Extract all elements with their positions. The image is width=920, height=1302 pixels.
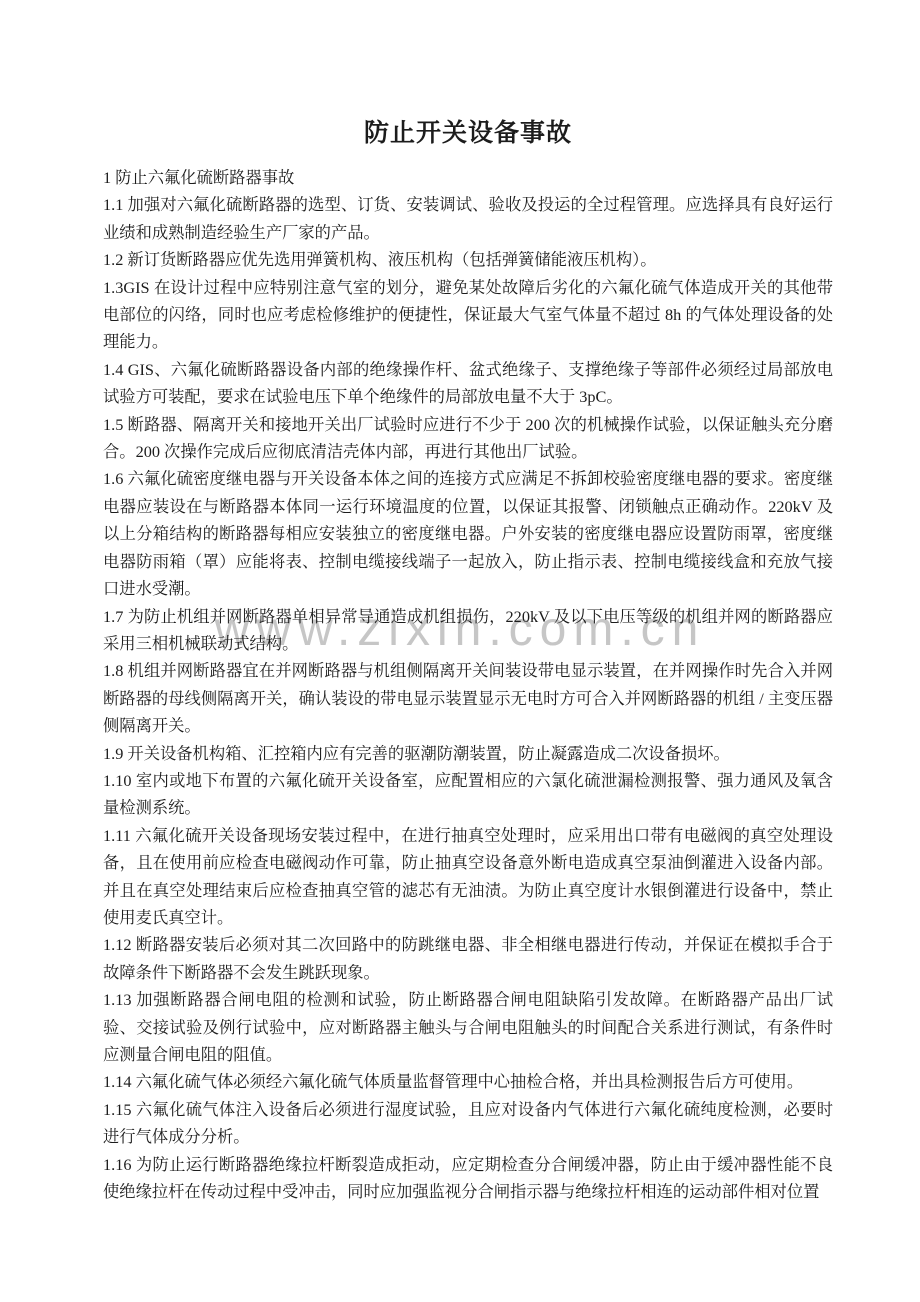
paragraph: 1.4 GIS、六氟化硫断路器设备内部的绝缘操作杆、盆式绝缘子、支撑绝缘子等部件… [103, 356, 833, 411]
paragraph: 1.2 新订货断路器应优先选用弹簧机构、液压机构（包括弹簧储能液压机构）。 [103, 246, 833, 273]
document-page: 防止开关设备事故 1 防止六氟化硫断路器事故 1.1 加强对六氟化硫断路器的选型… [103, 0, 833, 1205]
paragraph: 1.16 为防止运行断路器绝缘拉杆断裂造成拒动，应定期检查分合闸缓冲器，防止由于… [103, 1151, 833, 1206]
paragraph: 1.7 为防止机组并网断路器单相异常导通造成机组损伤，220kV 及以下电压等级… [103, 603, 833, 658]
paragraph: 1.3GIS 在设计过程中应特别注意气室的划分，避免某处故障后劣化的六氟化硫气体… [103, 274, 833, 356]
document-title: 防止开关设备事故 [103, 118, 833, 150]
paragraph: 1.9 开关设备机构箱、汇控箱内应有完善的驱潮防潮装置，防止凝露造成二次设备损坏… [103, 740, 833, 767]
paragraph: 1.11 六氟化硫开关设备现场安装过程中，在进行抽真空处理时，应采用出口带有电磁… [103, 822, 833, 932]
paragraph: 1.12 断路器安装后必须对其二次回路中的防跳继电器、非全相继电器进行传动，并保… [103, 931, 833, 986]
document-body: 1 防止六氟化硫断路器事故 1.1 加强对六氟化硫断路器的选型、订货、安装调试、… [103, 164, 833, 1205]
paragraph: 1.14 六氟化硫气体必须经六氟化硫气体质量监督管理中心抽检合格，并出具检测报告… [103, 1068, 833, 1095]
paragraph: 1.6 六氟化硫密度继电器与开关设备本体之间的连接方式应满足不拆卸校验密度继电器… [103, 465, 833, 602]
paragraph: 1.10 室内或地下布置的六氟化硫开关设备室，应配置相应的六氯化硫泄漏检测报警、… [103, 767, 833, 822]
paragraph: 1.8 机组并网断路器宜在并网断路器与机组侧隔离开关间装设带电显示装置，在并网操… [103, 657, 833, 739]
section-heading: 1 防止六氟化硫断路器事故 [103, 164, 833, 191]
paragraph: 1.5 断路器、隔离开关和接地开关出厂试验时应进行不少于 200 次的机械操作试… [103, 411, 833, 466]
paragraph: 1.13 加强断路器合闸电阻的检测和试验，防止断路器合闸电阻缺陷引发故障。在断路… [103, 986, 833, 1068]
paragraph: 1.15 六氟化硫气体注入设备后必须进行湿度试验，且应对设备内气体进行六氟化硫纯… [103, 1096, 833, 1151]
paragraph: 1.1 加强对六氟化硫断路器的选型、订货、安装调试、验收及投运的全过程管理。应选… [103, 191, 833, 246]
